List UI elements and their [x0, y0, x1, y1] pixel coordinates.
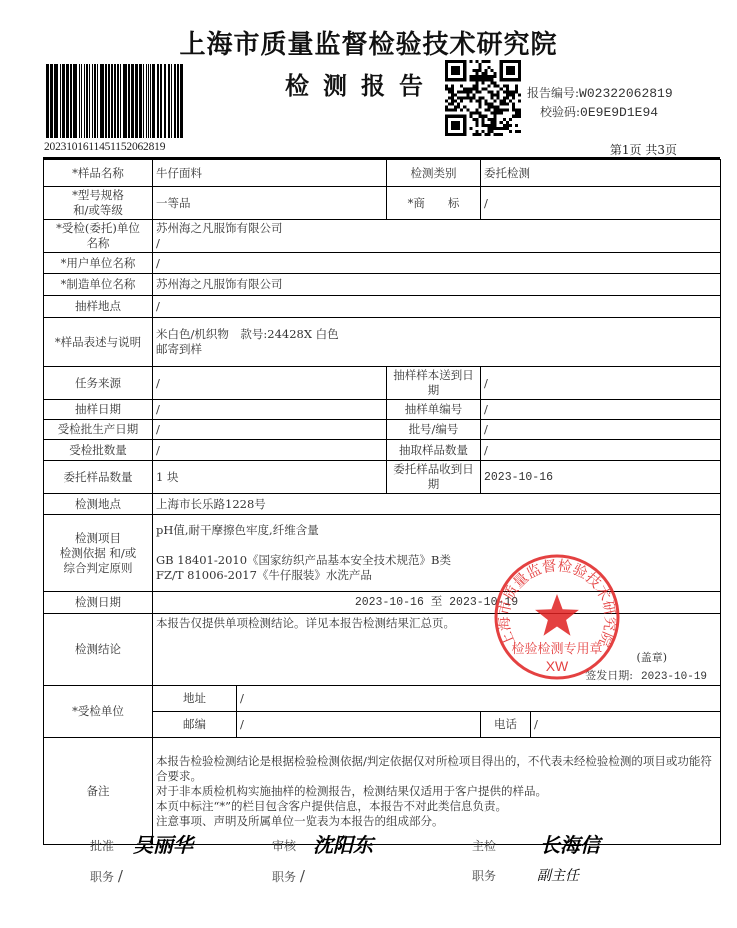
check-code-value: 0E9E9D1E94 — [580, 105, 658, 120]
reviewer-title: 职务 / — [272, 867, 305, 885]
sampling-no-value: / — [481, 400, 721, 420]
table-row: 检测日期 2023-10-16 至 2023-10-19 — [44, 592, 721, 614]
remarks-line3: 本页中标注“*”的栏目包含客户提供信息，本报告不对此类信息负责。 — [156, 799, 717, 814]
table-row: *受检(委托)单位名称 苏州海之凡服饰有限公司/ — [44, 220, 721, 253]
test-location-value: 上海市长乐路1228号 — [153, 494, 721, 515]
batch-no-value: / — [481, 420, 721, 440]
table-row: 抽样日期 / 抽样单编号 / — [44, 400, 721, 420]
approver-signature: 吴丽华 — [133, 829, 193, 858]
test-date-value: 2023-10-16 至 2023-10-19 — [153, 592, 721, 614]
organization-name: 上海市质量监督检验技术研究院 — [0, 24, 737, 61]
user-unit-label: *用户单位名称 — [44, 253, 153, 274]
sampling-no-label: 抽样单编号 — [387, 400, 481, 420]
table-row: *用户单位名称 / — [44, 253, 721, 274]
entrusted-qty-label: 委托样品数量 — [44, 461, 153, 494]
batch-qty-label: 受检批数量 — [44, 440, 153, 461]
approver-title-value: / — [118, 867, 123, 885]
table-row: 抽样地点 / — [44, 296, 721, 318]
sample-desc-label: *样品表述与说明 — [44, 318, 153, 367]
test-items-label-line1: 检测项目 — [47, 531, 149, 546]
table-row: 受检批生产日期 / 批号/编号 / — [44, 420, 721, 440]
conclusion-label: 检测结论 — [44, 614, 153, 686]
sampling-date-label: 抽样日期 — [44, 400, 153, 420]
client-name-label-line2: 名称 — [47, 236, 149, 251]
inspector-label: 主检 — [472, 837, 496, 854]
inspected-unit-label: *受检单位 — [44, 686, 153, 738]
manufacturer-label: *制造单位名称 — [44, 274, 153, 296]
phone-label: 电话 — [481, 712, 531, 738]
entrusted-received-label: 委托样品收到日期 — [387, 461, 481, 494]
table-row: 受检批数量 / 抽取样品数量 / — [44, 440, 721, 461]
report-number-value: W02322062819 — [579, 86, 673, 101]
test-basis-line2: FZ/T 81006-2017《牛仔服装》水洗产品 — [156, 568, 717, 583]
table-row: 检测项目 检测依据 和/或 综合判定原则 pH值,耐干摩擦色牢度,纤维含量 GB… — [44, 515, 721, 592]
sample-arrival-label: 抽样样本送到日期 — [387, 367, 481, 400]
table-row: 任务来源 / 抽样样本送到日期 / — [44, 367, 721, 400]
entrusted-qty-value: 1 块 — [153, 461, 387, 494]
qr-code — [445, 60, 521, 136]
report-table: *样品名称 牛仔面料 检测类别 委托检测 *型号规格和/或等级 一等品 *商 标… — [43, 159, 721, 845]
test-items-list: pH值,耐干摩擦色牢度,纤维含量 — [156, 523, 717, 538]
check-code: 校验码:0E9E9D1E94 — [540, 103, 658, 120]
client-name-label-line1: *受检(委托)单位 — [47, 221, 149, 236]
reviewer-title-label: 职务 — [272, 870, 296, 884]
phone-value: / — [531, 712, 721, 738]
sample-qty-label: 抽取样品数量 — [387, 440, 481, 461]
test-category-value: 委托检测 — [481, 160, 721, 187]
table-row: 检测地点 上海市长乐路1228号 — [44, 494, 721, 515]
reviewer-title-value: / — [300, 867, 305, 885]
address-label: 地址 — [153, 686, 237, 712]
batch-no-label: 批号/编号 — [387, 420, 481, 440]
postcode-label: 邮编 — [153, 712, 237, 738]
test-items-value: pH值,耐干摩擦色牢度,纤维含量 GB 18401-2010《国家纺织产品基本安… — [153, 515, 721, 592]
inspector-title-value: 副主任 — [537, 865, 579, 885]
reviewer-label: 审核 — [272, 837, 296, 854]
remarks-line2: 对于非本质检机构实施抽样的检测报告，检测结果仅适用于客户提供的样品。 — [156, 784, 717, 799]
client-name-label: *受检(委托)单位名称 — [44, 220, 153, 253]
sample-desc-line2: 邮寄到样 — [156, 342, 717, 357]
test-items-label-line3: 综合判定原则 — [47, 561, 149, 576]
sample-qty-value: / — [481, 440, 721, 461]
remarks-value: 本报告检验检测结论是根据检验检测依据/判定依据仅对所检项目得出的，不代表未经检验… — [153, 738, 721, 845]
remarks-line1: 本报告检验检测结论是根据检验检测依据/判定依据仅对所检项目得出的，不代表未经检验… — [156, 754, 717, 784]
task-source-value: / — [153, 367, 387, 400]
test-items-label: 检测项目 检测依据 和/或 综合判定原则 — [44, 515, 153, 592]
table-row: *型号规格和/或等级 一等品 *商 标 / — [44, 187, 721, 220]
reviewer-signature: 沈阳东 — [313, 829, 373, 858]
inspector-signature: 长海信 — [540, 829, 600, 858]
test-items-label-line2: 检测依据 和/或 — [47, 546, 149, 561]
table-row: *样品表述与说明 米白色/机织物 款号:24428X 白色邮寄到样 — [44, 318, 721, 367]
conclusion-text: 本报告仅提供单项检测结论。详见本报告检测结果汇总页。 — [156, 616, 717, 631]
page-indicator: 第1页 共3页 — [610, 141, 677, 158]
table-row: *样品名称 牛仔面料 检测类别 委托检测 — [44, 160, 721, 187]
table-row: *受检单位 地址 / — [44, 686, 721, 712]
test-basis-line1: GB 18401-2010《国家纺织产品基本安全技术规范》B类 — [156, 553, 717, 568]
barcode-number: 20231016114511520628​19 — [44, 141, 165, 153]
model-spec-label-line2: 和/或等级 — [47, 203, 149, 218]
issue-date: 签发日期:2023-10-19 — [585, 668, 707, 685]
issue-date-value: 2023-10-19 — [641, 671, 707, 683]
test-category-label: 检测类别 — [387, 160, 481, 187]
seal-note: (盖章) — [636, 650, 667, 665]
entrusted-received-value: 2023-10-16 — [481, 461, 721, 494]
client-name-value: 苏州海之凡服饰有限公司/ — [153, 220, 721, 253]
remarks-line4: 注意事项、声明及所属单位一览表为本报告的组成部分。 — [156, 814, 717, 829]
model-spec-value: 一等品 — [153, 187, 387, 220]
model-spec-label: *型号规格和/或等级 — [44, 187, 153, 220]
report-number-label: 报告编号: — [527, 86, 579, 100]
conclusion-value: 本报告仅提供单项检测结论。详见本报告检测结果汇总页。 (盖章) 签发日期:202… — [153, 614, 721, 686]
trademark-value: / — [481, 187, 721, 220]
client-name-line2: / — [156, 236, 717, 251]
client-name-line1: 苏州海之凡服饰有限公司 — [156, 221, 717, 236]
table-row: 检测结论 本报告仅提供单项检测结论。详见本报告检测结果汇总页。 (盖章) 签发日… — [44, 614, 721, 686]
approver-label: 批准 — [90, 837, 114, 854]
task-source-label: 任务来源 — [44, 367, 153, 400]
sampling-date-value: / — [153, 400, 387, 420]
approver-title-label: 职务 — [90, 870, 114, 884]
issue-date-label: 签发日期: — [585, 669, 633, 682]
batch-prod-date-label: 受检批生产日期 — [44, 420, 153, 440]
user-unit-value: / — [153, 253, 721, 274]
sampling-place-label: 抽样地点 — [44, 296, 153, 318]
sample-name-value: 牛仔面料 — [153, 160, 387, 187]
trademark-label: *商 标 — [387, 187, 481, 220]
batch-prod-date-value: / — [153, 420, 387, 440]
sample-name-label: *样品名称 — [44, 160, 153, 187]
sampling-place-value: / — [153, 296, 721, 318]
sample-desc-value: 米白色/机织物 款号:24428X 白色邮寄到样 — [153, 318, 721, 367]
sample-desc-line1: 米白色/机织物 款号:24428X 白色 — [156, 327, 717, 342]
table-row: 委托样品数量 1 块 委托样品收到日期 2023-10-16 — [44, 461, 721, 494]
test-location-label: 检测地点 — [44, 494, 153, 515]
check-code-label: 校验码: — [540, 105, 580, 119]
inspector-title: 职务 — [472, 867, 496, 884]
inspector-title-label: 职务 — [472, 869, 496, 883]
batch-qty-value: / — [153, 440, 387, 461]
barcode — [46, 64, 184, 138]
approver-title: 职务 / — [90, 867, 123, 885]
test-date-label: 检测日期 — [44, 592, 153, 614]
report-number: 报告编号:W02322062819 — [527, 84, 673, 101]
address-value: / — [237, 686, 721, 712]
sample-arrival-value: / — [481, 367, 721, 400]
report-title: 检测报告 — [285, 66, 437, 101]
manufacturer-value: 苏州海之凡服饰有限公司 — [153, 274, 721, 296]
table-row: *制造单位名称 苏州海之凡服饰有限公司 — [44, 274, 721, 296]
postcode-value: / — [237, 712, 481, 738]
model-spec-label-line1: *型号规格 — [47, 188, 149, 203]
